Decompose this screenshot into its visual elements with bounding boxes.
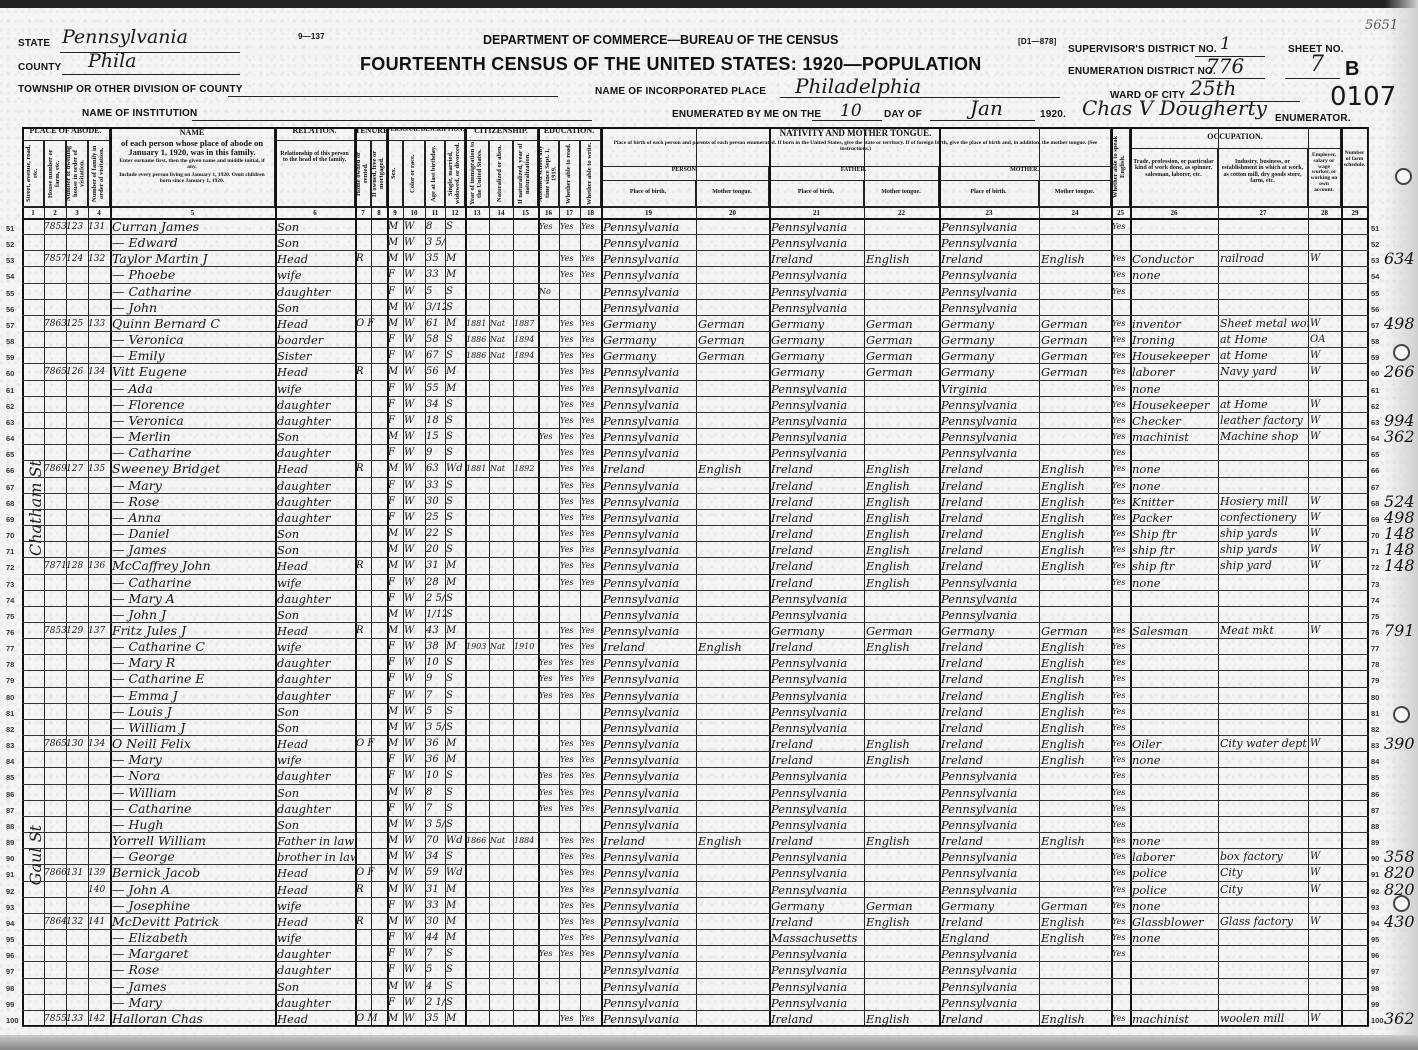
cell-natyr	[514, 801, 538, 817]
cell-english: Yes	[1112, 817, 1130, 833]
ward-underline	[1180, 101, 1300, 102]
cell-marital: S	[446, 995, 465, 1011]
line-number-left: 98	[6, 984, 14, 993]
cell-age: 44	[426, 930, 445, 946]
cell-nat	[490, 413, 513, 429]
cell-tenure	[356, 445, 387, 461]
cell-marital: M	[446, 752, 465, 768]
cell-mtongue	[1041, 397, 1111, 413]
cell-ftongue	[866, 785, 939, 801]
occupation-code: 390	[1384, 734, 1415, 753]
cell-race: W	[404, 639, 425, 655]
cell-marital: S	[446, 688, 465, 704]
cell-name: — Anna	[112, 510, 275, 526]
cell-school	[539, 397, 559, 413]
cell-emp: W	[1310, 348, 1341, 364]
cell-ftongue: German	[866, 332, 939, 348]
cell-age: 36	[426, 752, 445, 768]
cell-ftongue	[866, 655, 939, 671]
cell-age: 35	[426, 251, 445, 267]
cell-read	[560, 720, 580, 736]
cell-emp: W	[1310, 316, 1341, 332]
cell-school	[539, 704, 559, 720]
cell-pob: Pennsylvania	[603, 478, 696, 494]
cell-age: 8	[426, 219, 445, 235]
cell-imm	[466, 882, 489, 898]
cell-age: 9	[426, 671, 445, 687]
occupation-code: 362	[1384, 427, 1415, 446]
cell-emp	[1310, 979, 1341, 995]
table-row: 7865126134Vitt EugeneHeadRMW56MYesYesPen…	[22, 364, 1369, 380]
state-label: STATE	[18, 38, 50, 49]
cell-ftongue	[866, 235, 939, 251]
cell-write: Yes	[581, 429, 601, 445]
cell-family	[88, 930, 110, 946]
cell-write	[581, 720, 601, 736]
cell-mpob: England	[941, 930, 1039, 946]
cell-age: 34	[426, 397, 445, 413]
cell-nat	[490, 284, 513, 300]
cell-imm	[466, 478, 489, 494]
cell-nat	[490, 591, 513, 607]
cell-name: — John	[112, 300, 275, 316]
table-row: — Catharine EdaughterFW9SYesYesYesPennsy…	[22, 671, 1369, 687]
cell-dwelling: 126	[66, 364, 88, 380]
column-number: 7	[355, 209, 371, 217]
cell-marital: M	[446, 1011, 465, 1027]
line-number-right: 71	[1371, 547, 1379, 556]
county-underline	[62, 74, 240, 75]
cell-relation: daughter	[277, 494, 355, 510]
column-number: 20	[696, 209, 769, 217]
cell-sex: M	[388, 720, 403, 736]
cell-name: Taylor Martin J	[112, 251, 275, 267]
cell-sex: F	[388, 494, 403, 510]
cell-mpob: Pennsylvania	[941, 267, 1039, 283]
cell-mpob: Pennsylvania	[941, 300, 1039, 316]
line-number-left: 81	[6, 709, 14, 718]
col-write-heading: Whether able to write.	[580, 141, 601, 207]
cell-imm: 1866	[466, 833, 489, 849]
cell-dwelling	[66, 979, 88, 995]
cell-marital: S	[446, 704, 465, 720]
cell-trade	[1132, 671, 1218, 687]
cell-house: 7855	[44, 1011, 66, 1027]
cell-fpob: Pennsylvania	[771, 785, 864, 801]
cell-emp: W	[1310, 251, 1341, 267]
cell-natyr	[514, 688, 538, 704]
cell-ftongue	[866, 865, 939, 881]
table-row: — MarywifeFW36MYesYesPennsylvaniaIreland…	[22, 752, 1369, 768]
line-number-left: 87	[6, 806, 14, 815]
year-label: 1920.	[1040, 109, 1066, 120]
cell-imm	[466, 235, 489, 251]
cell-industry	[1220, 607, 1308, 623]
cell-relation: daughter	[277, 688, 355, 704]
cell-english	[1112, 300, 1130, 316]
enumeration-district-value: 776	[1206, 54, 1244, 78]
cell-school: Yes	[539, 801, 559, 817]
cell-ftongue: English	[866, 251, 939, 267]
cell-english	[1112, 607, 1130, 623]
col-age-heading: Age at last birthday.	[425, 141, 445, 207]
cell-trade: machinist	[1132, 1011, 1218, 1027]
cell-pob: Pennsylvania	[603, 801, 696, 817]
cell-school: Yes	[539, 946, 559, 962]
line-number-right: 61	[1371, 386, 1379, 395]
cell-industry	[1220, 655, 1308, 671]
cell-tongue	[698, 962, 769, 978]
cell-tenure	[356, 494, 387, 510]
cell-house	[44, 300, 66, 316]
cell-industry: woolen mill	[1220, 1011, 1308, 1027]
column-number: 11	[425, 209, 445, 217]
cell-imm	[466, 688, 489, 704]
cell-tongue	[698, 267, 769, 283]
table-row: — CatharinedaughterFW9SYesYesPennsylvani…	[22, 445, 1369, 461]
cell-imm	[466, 558, 489, 574]
cell-sex: F	[388, 510, 403, 526]
table-row: — MarydaughterFW2 1/2SPennsylvaniaPennsy…	[22, 995, 1369, 1011]
cell-dwelling	[66, 510, 88, 526]
cell-english	[1112, 979, 1130, 995]
cell-trade	[1132, 946, 1218, 962]
cell-fpob: Germany	[771, 898, 864, 914]
group-tenure: TENURE.	[355, 127, 387, 141]
cell-write	[581, 704, 601, 720]
cell-english	[1112, 591, 1130, 607]
cell-age: 8	[426, 785, 445, 801]
cell-pob: Pennsylvania	[603, 882, 696, 898]
supervisor-label: SUPERVISOR'S DISTRICT NO.	[1068, 44, 1217, 55]
cell-write	[581, 817, 601, 833]
table-row: 7865130134O Neill FelixHeadO FMW36MYesYe…	[22, 736, 1369, 752]
cell-dwelling	[66, 962, 88, 978]
cell-race: W	[404, 849, 425, 865]
cell-school	[539, 914, 559, 930]
cell-name: — James	[112, 542, 275, 558]
line-number-left: 93	[6, 903, 14, 912]
cell-mpob: Pennsylvania	[941, 865, 1039, 881]
line-number-right: 74	[1371, 596, 1379, 605]
cell-house	[44, 575, 66, 591]
cell-pob: Pennsylvania	[603, 575, 696, 591]
cell-nat: Nat	[490, 461, 513, 477]
cell-imm	[466, 671, 489, 687]
cell-school	[539, 865, 559, 881]
cell-imm	[466, 930, 489, 946]
person-pob-heading: Place of birth.	[601, 181, 696, 207]
cell-english: Yes	[1112, 284, 1130, 300]
column-number: 27	[1218, 209, 1308, 217]
cell-industry: City	[1220, 865, 1308, 881]
cell-tenure	[356, 526, 387, 542]
table-row: — AdawifeFW55MYesYesPennsylvaniaPennsylv…	[22, 381, 1369, 397]
cell-fpob: Pennsylvania	[771, 381, 864, 397]
cell-race: W	[404, 736, 425, 752]
cell-english: Yes	[1112, 381, 1130, 397]
cell-emp	[1310, 930, 1341, 946]
cell-industry: at Home	[1220, 332, 1308, 348]
cell-age: 5	[426, 704, 445, 720]
cell-relation: Son	[277, 300, 355, 316]
cell-relation: Son	[277, 785, 355, 801]
cell-tongue	[698, 300, 769, 316]
cell-mtongue	[1041, 300, 1111, 316]
cell-fpob: Pennsylvania	[771, 849, 864, 865]
cell-age: 7	[426, 688, 445, 704]
cell-mpob: Pennsylvania	[941, 429, 1039, 445]
cell-sex: M	[388, 865, 403, 881]
cell-mtongue: German	[1041, 364, 1111, 380]
cell-read: Yes	[560, 785, 580, 801]
line-number-left: 95	[6, 935, 14, 944]
cell-mtongue	[1041, 284, 1111, 300]
cell-pob: Pennsylvania	[603, 785, 696, 801]
cell-emp	[1310, 235, 1341, 251]
table-row: 7871128136McCaffrey JohnHeadRMW31MYesYes…	[22, 558, 1369, 574]
cell-age: 61	[426, 316, 445, 332]
column-number: 12	[445, 209, 465, 217]
cell-age: 33	[426, 898, 445, 914]
cell-mtongue: English	[1041, 461, 1111, 477]
cell-dwelling	[66, 882, 88, 898]
cell-read: Yes	[560, 865, 580, 881]
cell-sex: M	[388, 542, 403, 558]
cell-dwelling: 131	[66, 865, 88, 881]
cell-read: Yes	[560, 768, 580, 784]
col-family-heading: Number of family in order of visitation.	[88, 141, 110, 207]
cell-relation: daughter	[277, 801, 355, 817]
cell-imm	[466, 267, 489, 283]
cell-ftongue	[866, 768, 939, 784]
line-number-right: 85	[1371, 773, 1379, 782]
cell-school	[539, 381, 559, 397]
column-number: 18	[580, 209, 601, 217]
table-row: — JamesSonMW20SYesYesPennsylvaniaIreland…	[22, 542, 1369, 558]
cell-write: Yes	[581, 542, 601, 558]
cell-imm	[466, 381, 489, 397]
line-number-right: 82	[1371, 725, 1379, 734]
cell-race: W	[404, 575, 425, 591]
cell-tenure: R	[356, 623, 387, 639]
cell-name: — James	[112, 979, 275, 995]
cell-mtongue: German	[1041, 348, 1111, 364]
cell-natyr	[514, 558, 538, 574]
cell-family	[88, 526, 110, 542]
cell-relation: wife	[277, 752, 355, 768]
name-heading: NAME	[114, 129, 270, 137]
cell-mtongue	[1041, 995, 1111, 1011]
cell-nat	[490, 736, 513, 752]
cell-tongue: German	[698, 316, 769, 332]
cell-tongue	[698, 785, 769, 801]
cell-relation: daughter	[277, 445, 355, 461]
cell-write: Yes	[581, 655, 601, 671]
cell-house	[44, 413, 66, 429]
cell-sex: F	[388, 655, 403, 671]
cell-marital: S	[446, 801, 465, 817]
cell-race: W	[404, 962, 425, 978]
cell-name: — Hugh	[112, 817, 275, 833]
line-number-left: 80	[6, 693, 14, 702]
cell-natyr	[514, 494, 538, 510]
cell-race: W	[404, 801, 425, 817]
cell-age: 28	[426, 575, 445, 591]
cell-race: W	[404, 833, 425, 849]
cell-industry: Machine shop	[1220, 429, 1308, 445]
cell-name: — Emma J	[112, 688, 275, 704]
cell-read: Yes	[560, 478, 580, 494]
cell-pob: Pennsylvania	[603, 655, 696, 671]
cell-natyr	[514, 364, 538, 380]
cell-race: W	[404, 478, 425, 494]
column-number: 5	[110, 209, 275, 217]
cell-tongue	[698, 558, 769, 574]
cell-ftongue	[866, 429, 939, 445]
col-school-heading: Attended school any time since Sept. 1, …	[538, 141, 559, 207]
table-row: — WilliamSonMW8SYesYesYesPennsylvaniaPen…	[22, 785, 1369, 801]
cell-natyr	[514, 671, 538, 687]
cell-mtongue: English	[1041, 752, 1111, 768]
line-number-right: 98	[1371, 984, 1379, 993]
cell-sex: M	[388, 526, 403, 542]
cell-house: 7865	[44, 736, 66, 752]
cell-school: Yes	[539, 655, 559, 671]
cell-mpob: Ireland	[941, 558, 1039, 574]
cell-marital: M	[446, 316, 465, 332]
cell-tenure	[356, 235, 387, 251]
cell-sex: F	[388, 639, 403, 655]
cell-marital: S	[446, 300, 465, 316]
cell-family	[88, 332, 110, 348]
cell-industry	[1220, 962, 1308, 978]
cell-tenure	[356, 429, 387, 445]
cell-english: Yes	[1112, 882, 1130, 898]
cell-house	[44, 607, 66, 623]
cell-write: Yes	[581, 736, 601, 752]
cell-trade: Salesman	[1132, 623, 1218, 639]
cell-pob: Pennsylvania	[603, 542, 696, 558]
column-number: 29	[1341, 209, 1369, 217]
cell-english: Yes	[1112, 219, 1130, 235]
cell-house: 7869	[44, 461, 66, 477]
column-number: 26	[1130, 209, 1218, 217]
cell-pob: Pennsylvania	[603, 526, 696, 542]
cell-nat: Nat	[490, 332, 513, 348]
cell-nat: Nat	[490, 316, 513, 332]
cell-tenure	[356, 979, 387, 995]
cell-dwelling	[66, 898, 88, 914]
line-number-right: 95	[1371, 935, 1379, 944]
cell-race: W	[404, 397, 425, 413]
cell-mtongue	[1041, 445, 1111, 461]
cell-age: 3 5/12	[426, 817, 445, 833]
cell-marital: S	[446, 219, 465, 235]
cell-fpob: Massachusetts	[771, 930, 864, 946]
cell-marital: M	[446, 914, 465, 930]
cell-write	[581, 284, 601, 300]
cell-mpob: Ireland	[941, 510, 1039, 526]
cell-pob: Germany	[603, 348, 696, 364]
table-row: 7853123131Curran JamesSonMW8SYesYesYesPe…	[22, 219, 1369, 235]
cell-race: W	[404, 655, 425, 671]
cell-family	[88, 801, 110, 817]
cell-dwelling	[66, 995, 88, 1011]
cell-emp	[1310, 461, 1341, 477]
line-number-right: 96	[1371, 951, 1379, 960]
cell-fpob: Pennsylvania	[771, 284, 864, 300]
census-title: FOURTEENTH CENSUS OF THE UNITED STATES: …	[360, 54, 982, 75]
cell-industry: Meat mkt	[1220, 623, 1308, 639]
cell-fpob: Pennsylvania	[771, 817, 864, 833]
column-number: 3	[66, 209, 88, 217]
cell-family	[88, 655, 110, 671]
cell-industry	[1220, 461, 1308, 477]
line-number-right: 97	[1371, 967, 1379, 976]
cell-house	[44, 639, 66, 655]
cell-house	[44, 930, 66, 946]
cell-natyr: 1910	[514, 639, 538, 655]
cell-write: Yes	[581, 768, 601, 784]
cell-tenure	[356, 542, 387, 558]
cell-tenure	[356, 720, 387, 736]
cell-race: W	[404, 768, 425, 784]
cell-nat	[490, 429, 513, 445]
cell-english: Yes	[1112, 494, 1130, 510]
cell-pob: Pennsylvania	[603, 1011, 696, 1027]
cell-school	[539, 995, 559, 1011]
cell-read: Yes	[560, 752, 580, 768]
cell-imm	[466, 768, 489, 784]
cell-house	[44, 494, 66, 510]
ward-value: 25th	[1190, 76, 1236, 100]
cell-tenure	[356, 300, 387, 316]
cell-marital: M	[446, 381, 465, 397]
cell-tongue	[698, 671, 769, 687]
cell-tongue	[698, 930, 769, 946]
name-note-1: Enter surname first, then the given name…	[114, 159, 270, 171]
cell-race: W	[404, 445, 425, 461]
table-row: — CatharinewifeFW28MYesYesPennsylvaniaIr…	[22, 575, 1369, 591]
cell-ftongue	[866, 591, 939, 607]
cell-tongue	[698, 801, 769, 817]
cell-pob: Pennsylvania	[603, 671, 696, 687]
cell-pob: Pennsylvania	[603, 235, 696, 251]
cell-read	[560, 591, 580, 607]
cell-tenure	[356, 752, 387, 768]
cell-mpob: Ireland	[941, 639, 1039, 655]
cell-tenure	[356, 607, 387, 623]
line-number-right: 81	[1371, 709, 1379, 718]
line-number-left: 92	[6, 887, 14, 896]
cell-relation: wife	[277, 639, 355, 655]
cell-house	[44, 768, 66, 784]
cell-race: W	[404, 688, 425, 704]
cell-relation: Head	[277, 736, 355, 752]
cell-family: 134	[88, 736, 110, 752]
cell-english: Yes	[1112, 768, 1130, 784]
cell-read: Yes	[560, 1011, 580, 1027]
cell-race: W	[404, 251, 425, 267]
cell-school	[539, 752, 559, 768]
cell-trade: none	[1132, 833, 1218, 849]
cell-fpob: Pennsylvania	[771, 671, 864, 687]
cell-ftongue	[866, 801, 939, 817]
cell-imm	[466, 704, 489, 720]
cell-nat	[490, 1011, 513, 1027]
cell-imm	[466, 219, 489, 235]
